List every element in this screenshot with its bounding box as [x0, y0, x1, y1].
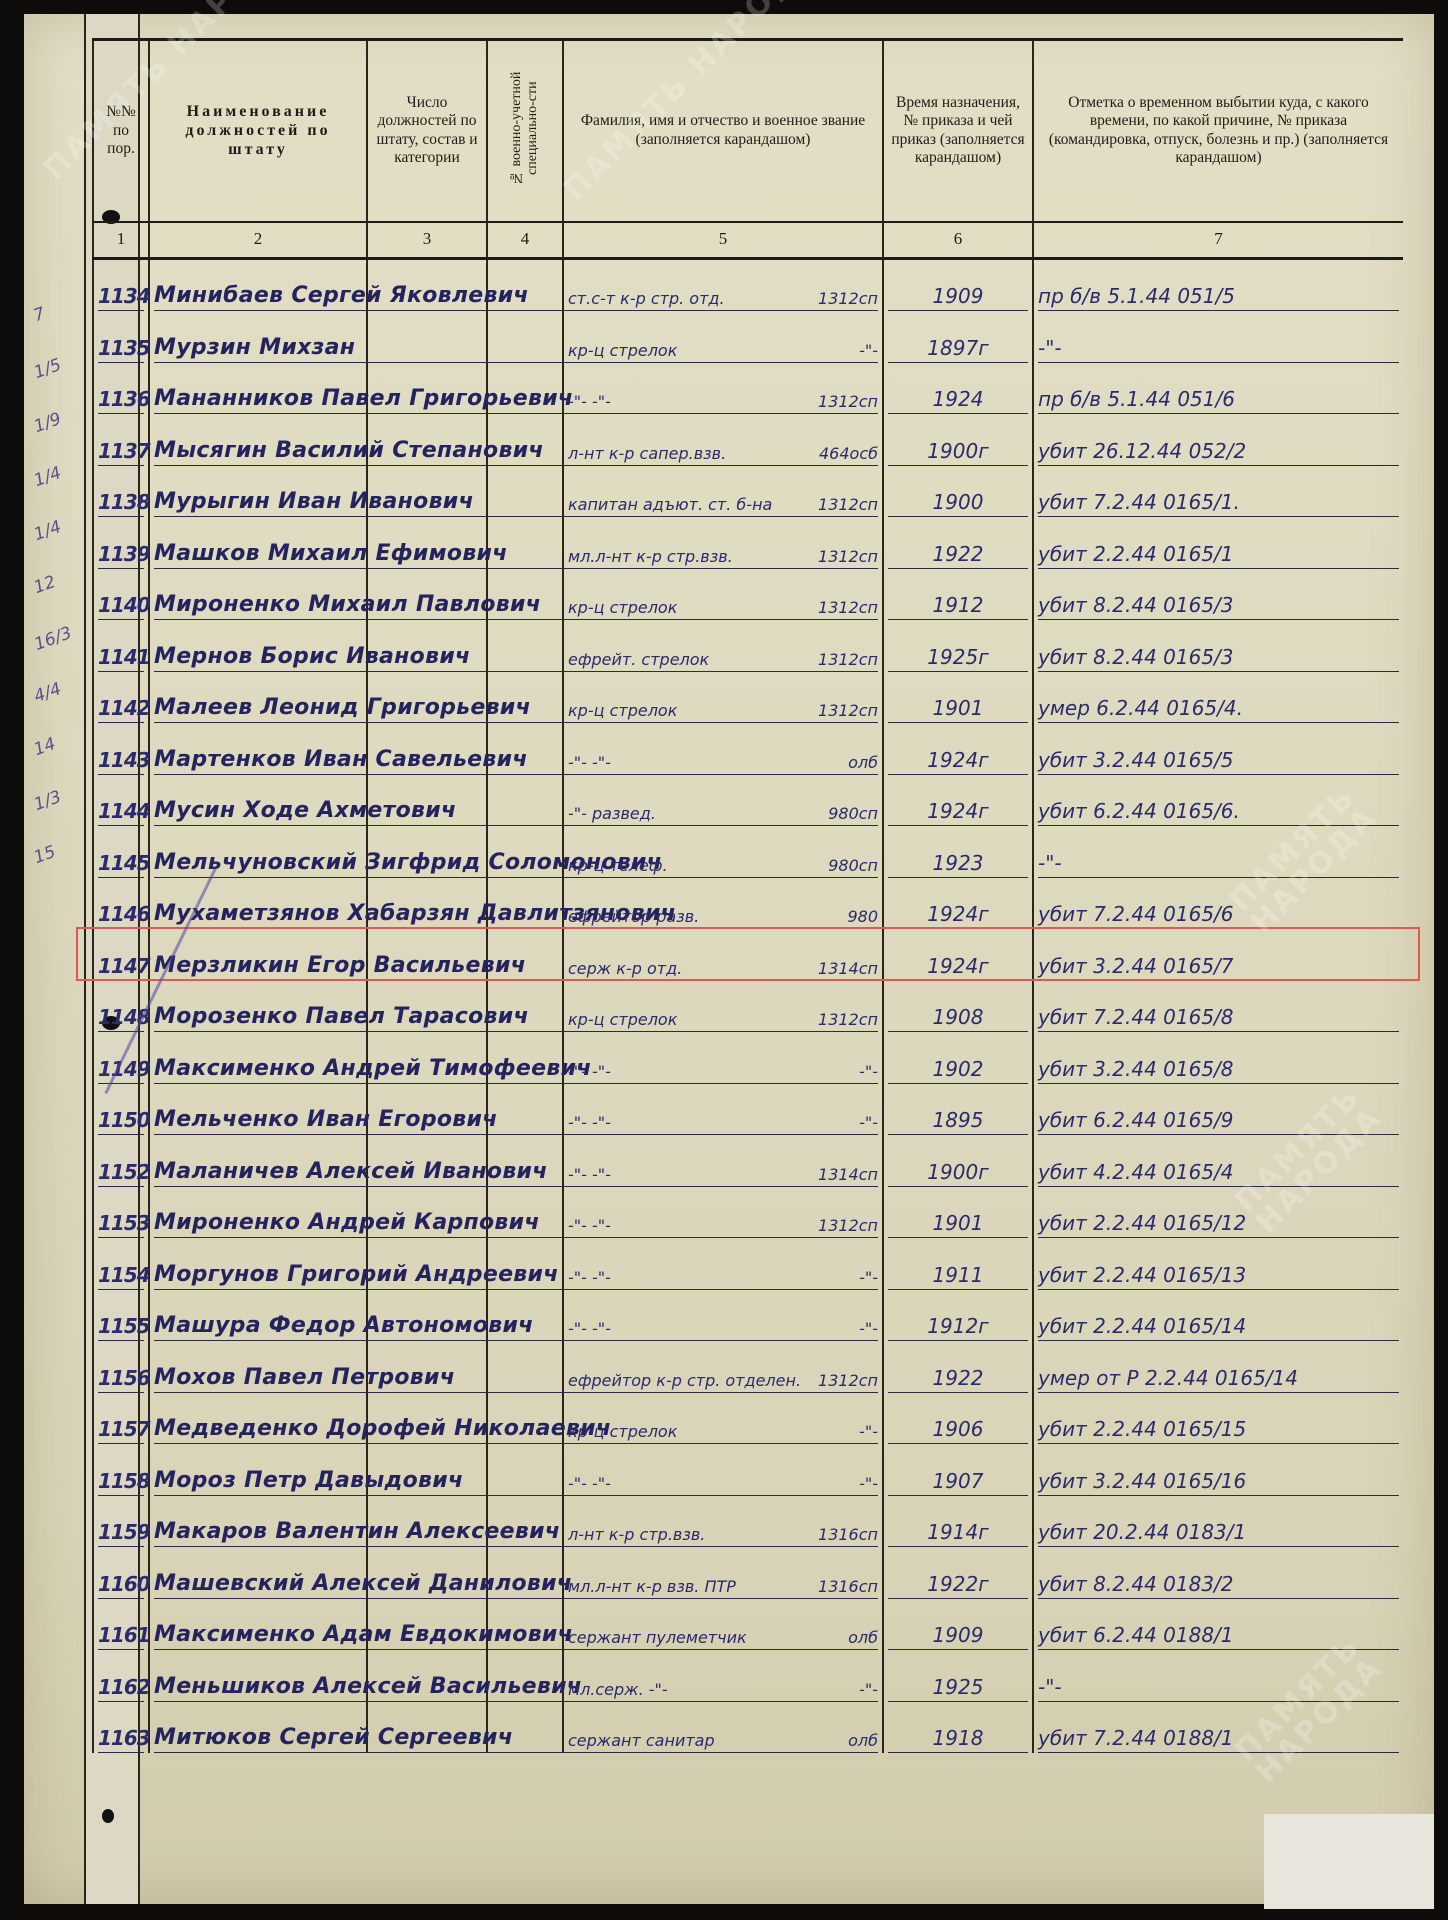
unit: 1312сп — [818, 1371, 878, 1390]
empty-cell — [367, 1290, 487, 1342]
table-row: 1157Медведенко Дорофей Николаевичкр-ц ст… — [93, 1393, 1403, 1445]
birth-year: 1912 — [883, 569, 1033, 621]
rank-role-cell: -"- -"-1312сп — [563, 1187, 883, 1239]
order-no: 1159 — [93, 1496, 149, 1548]
empty-cell — [487, 569, 563, 621]
rank-role: л-нт к-р сапер.взв. — [568, 444, 726, 463]
empty-cell — [487, 723, 563, 775]
rank-role-cell: сержант пулеметчиколб — [563, 1599, 883, 1651]
birth-year: 1909 — [883, 258, 1033, 311]
name-cell: Морозенко Павел Тарасович — [149, 981, 367, 1033]
table-row: 1135Мурзин Михзанкр-ц стрелок-"-1897г-"- — [93, 311, 1403, 363]
empty-cell — [367, 723, 487, 775]
name-cell: Машура Федор Автономович — [149, 1290, 367, 1342]
table-row: 1141Мернов Борис Ивановичефрейт. стрелок… — [93, 620, 1403, 672]
table-row: 1149Максименко Андрей Тимофеевич-"- -"--… — [93, 1032, 1403, 1084]
name-cell: Малеев Леонид Григорьевич — [149, 672, 367, 724]
table-row: 1162Меньшиков Алексей Васильевичмл.серж.… — [93, 1650, 1403, 1702]
rank-role-cell: мл.л-нт к-р взв. ПТР1316сп — [563, 1547, 883, 1599]
order-no: 1153 — [93, 1187, 149, 1239]
unit: 1312сп — [818, 650, 878, 669]
name-cell: Мусин Ходе Ахметович — [149, 775, 367, 827]
col-header-order-no: №№ по пор. — [93, 40, 149, 222]
unit: 1312сп — [818, 495, 878, 514]
empty-cell — [487, 1290, 563, 1342]
rank-role: -"- -"- — [568, 1319, 611, 1338]
unit: олб — [848, 1731, 878, 1750]
col-number: 2 — [149, 222, 367, 259]
absence-note: убит 8.2.44 0165/3 — [1033, 620, 1403, 672]
birth-year: 1908 — [883, 981, 1033, 1033]
empty-cell — [487, 620, 563, 672]
birth-year: 1900 — [883, 466, 1033, 518]
rank-role: сержант санитар — [568, 1731, 715, 1750]
order-no: 1134 — [93, 258, 149, 311]
rank-role-cell: кр-ц стрелок1312сп — [563, 569, 883, 621]
absence-note: умер от Р 2.2.44 0165/14 — [1033, 1341, 1403, 1393]
empty-cell — [487, 517, 563, 569]
name-cell: Мернов Борис Иванович — [149, 620, 367, 672]
rank-role: кр-ц стрелок — [568, 598, 677, 617]
birth-year: 1901 — [883, 1187, 1033, 1239]
name-cell: Маланичев Алексей Иванович — [149, 1135, 367, 1187]
unit: 1312сп — [818, 701, 878, 720]
rank-role: -"- -"- — [568, 1216, 611, 1235]
column-number-row: 1 2 3 4 5 6 7 — [93, 222, 1403, 259]
birth-year: 1924г — [883, 929, 1033, 981]
col-header-absence-note: Отметка о временном выбытии куда, с како… — [1033, 40, 1403, 222]
order-no: 1154 — [93, 1238, 149, 1290]
empty-cell — [487, 258, 563, 311]
rank-role: кр-ц телеф. — [568, 856, 668, 875]
order-no: 1136 — [93, 363, 149, 415]
unit: 1314сп — [818, 1165, 878, 1184]
table-row: 1152Маланичев Алексей Иванович-"- -"-131… — [93, 1135, 1403, 1187]
absence-note: -"- — [1033, 1650, 1403, 1702]
table-row: 1138Мурыгин Иван Ивановичкапитан адъют. … — [93, 466, 1403, 518]
rank-role-cell: ефрейт. стрелок1312сп — [563, 620, 883, 672]
col-number: 3 — [367, 222, 487, 259]
empty-cell — [487, 1393, 563, 1445]
empty-cell — [367, 1187, 487, 1239]
table-row: 1134Минибаев Сергей Яковлевичст.с-т к-р … — [93, 258, 1403, 311]
col-header-name-rank: Фамилия, имя и отчество и военное звание… — [563, 40, 883, 222]
rank-role-cell: л-нт к-р стр.взв.1316сп — [563, 1496, 883, 1548]
rank-role-cell: мл.серж. -"--"- — [563, 1650, 883, 1702]
birth-year: 1909 — [883, 1599, 1033, 1651]
rank-role-cell: кр-ц стрелок1312сп — [563, 981, 883, 1033]
unit: -"- — [859, 1474, 878, 1493]
name-cell: Мананников Павел Григорьевич — [149, 363, 367, 415]
rank-role-cell: л-нт к-р сапер.взв.464осб — [563, 414, 883, 466]
col-header-count: Число должностей по штату, состав и кате… — [367, 40, 487, 222]
unit: 980 — [847, 907, 878, 926]
table-row: 1150Мельченко Иван Егорович-"- -"--"-189… — [93, 1084, 1403, 1136]
order-no: 1143 — [93, 723, 149, 775]
rank-role-cell: -"- -"--"- — [563, 1238, 883, 1290]
birth-year: 1900г — [883, 1135, 1033, 1187]
absence-note: пр б/в 5.1.44 051/6 — [1033, 363, 1403, 415]
order-no: 1146 — [93, 878, 149, 930]
punch-hole — [102, 1809, 114, 1823]
unit: 1316сп — [818, 1577, 878, 1596]
absence-note: убит 6.2.44 0165/9 — [1033, 1084, 1403, 1136]
rank-role: кр-ц стрелок — [568, 1422, 677, 1441]
rank-role-cell: -"- -"-1312сп — [563, 363, 883, 415]
order-no: 1150 — [93, 1084, 149, 1136]
rank-role-cell: -"- -"--"- — [563, 1084, 883, 1136]
order-no: 1142 — [93, 672, 149, 724]
rank-role: серж к-р отд. — [568, 959, 682, 978]
order-no: 1138 — [93, 466, 149, 518]
rank-role-cell: серж к-р отд.1314сп — [563, 929, 883, 981]
empty-cell — [487, 981, 563, 1033]
empty-cell — [367, 929, 487, 981]
absence-note: убит 2.2.44 0165/1 — [1033, 517, 1403, 569]
birth-year: 1923 — [883, 826, 1033, 878]
name-cell: Мироненко Андрей Карпович — [149, 1187, 367, 1239]
empty-cell — [367, 1496, 487, 1548]
empty-cell — [487, 929, 563, 981]
rank-role: кр-ц стрелок — [568, 701, 677, 720]
rank-role-cell: -"- -"--"- — [563, 1444, 883, 1496]
table-row: 1144Мусин Ходе Ахметович-"- развед.980сп… — [93, 775, 1403, 827]
absence-note: убит 3.2.44 0165/16 — [1033, 1444, 1403, 1496]
rank-role: ефрейт. стрелок — [568, 650, 709, 669]
absence-note: убит 2.2.44 0165/14 — [1033, 1290, 1403, 1342]
absence-note: убит 4.2.44 0165/4 — [1033, 1135, 1403, 1187]
empty-cell — [367, 620, 487, 672]
empty-cell — [367, 1238, 487, 1290]
rank-role-cell: сержант санитаролб — [563, 1702, 883, 1754]
empty-cell — [487, 1135, 563, 1187]
unit: -"- — [859, 1268, 878, 1287]
rank-role-cell: -"- -"-олб — [563, 723, 883, 775]
rank-role: мл.л-нт к-р взв. ПТР — [568, 1577, 736, 1596]
empty-cell — [367, 1393, 487, 1445]
birth-year: 1900г — [883, 414, 1033, 466]
table-row: 1139Машков Михаил Ефимовичмл.л-нт к-р ст… — [93, 517, 1403, 569]
rank-role-cell: -"- -"--"- — [563, 1032, 883, 1084]
empty-cell — [487, 826, 563, 878]
absence-note: убит 8.2.44 0183/2 — [1033, 1547, 1403, 1599]
empty-cell — [487, 1702, 563, 1754]
empty-cell — [367, 981, 487, 1033]
empty-cell — [487, 311, 563, 363]
unit: -"- — [859, 1062, 878, 1081]
table-row: 1161Максименко Адам Евдокимовичсержант п… — [93, 1599, 1403, 1651]
unit: 1312сп — [818, 547, 878, 566]
rank-role: -"- развед. — [568, 804, 656, 823]
unit: 1312сп — [818, 1216, 878, 1235]
absence-note: убит 3.2.44 0165/7 — [1033, 929, 1403, 981]
name-cell: Машков Михаил Ефимович — [149, 517, 367, 569]
empty-cell — [367, 1032, 487, 1084]
name-cell: Мысягин Василий Степанович — [149, 414, 367, 466]
empty-cell — [487, 363, 563, 415]
unit: 1316сп — [818, 1525, 878, 1544]
rank-role: -"- -"- — [568, 1165, 611, 1184]
col-header-position: Наименование должностей по штату — [149, 40, 367, 222]
unit: 1312сп — [818, 392, 878, 411]
rank-role-cell: -"- -"--"- — [563, 1290, 883, 1342]
birth-year: 1925 — [883, 1650, 1033, 1702]
name-cell: Медведенко Дорофей Николаевич — [149, 1393, 367, 1445]
empty-cell — [487, 1547, 563, 1599]
table-row: 1146Мухаметзянов Хабарзян Давлитзяновиче… — [93, 878, 1403, 930]
order-no: 1147 — [93, 929, 149, 981]
table-row: 1148Морозенко Павел Тарасовичкр-ц стрело… — [93, 981, 1403, 1033]
absence-note: -"- — [1033, 826, 1403, 878]
rank-role-cell: -"- -"-1314сп — [563, 1135, 883, 1187]
empty-cell — [367, 1702, 487, 1754]
rank-role: кр-ц стрелок — [568, 1010, 677, 1029]
rank-role-cell: кр-ц стрелок1312сп — [563, 672, 883, 724]
col-number: 7 — [1033, 222, 1403, 259]
absence-note: убит 6.2.44 0165/6. — [1033, 775, 1403, 827]
empty-cell — [487, 1341, 563, 1393]
empty-cell — [487, 466, 563, 518]
name-cell: Мироненко Михаил Павлович — [149, 569, 367, 621]
empty-cell — [367, 1341, 487, 1393]
rank-role-cell: ефрейтор разв.980 — [563, 878, 883, 930]
unit: олб — [848, 753, 878, 772]
rank-role-cell: кр-ц стрелок-"- — [563, 311, 883, 363]
empty-cell — [367, 311, 487, 363]
empty-cell — [367, 569, 487, 621]
absence-note: убит 20.2.44 0183/1 — [1033, 1496, 1403, 1548]
absence-note: пр б/в 5.1.44 051/5 — [1033, 258, 1403, 311]
empty-cell — [487, 1187, 563, 1239]
rank-role: сержант пулеметчик — [568, 1628, 747, 1647]
absence-note: убит 7.2.44 0165/8 — [1033, 981, 1403, 1033]
name-cell: Максименко Адам Евдокимович — [149, 1599, 367, 1651]
unit: 1312сп — [818, 598, 878, 617]
rank-role-cell: капитан адъют. ст. б-на1312сп — [563, 466, 883, 518]
birth-year: 1924г — [883, 878, 1033, 930]
name-cell: Мельчуновский Зигфрид Соломонович — [149, 826, 367, 878]
name-cell: Мурзин Михзан — [149, 311, 367, 363]
name-cell: Машевский Алексей Данилович — [149, 1547, 367, 1599]
rank-role: -"- -"- — [568, 1474, 611, 1493]
rank-role: -"- -"- — [568, 753, 611, 772]
order-no: 1152 — [93, 1135, 149, 1187]
absence-note: убит 7.2.44 0165/6 — [1033, 878, 1403, 930]
table-row: 1160Машевский Алексей Даниловичмл.л-нт к… — [93, 1547, 1403, 1599]
table-row: 1137Мысягин Василий Степановичл-нт к-р с… — [93, 414, 1403, 466]
order-no: 1137 — [93, 414, 149, 466]
table-row: 1154Моргунов Григорий Андреевич-"- -"--"… — [93, 1238, 1403, 1290]
table-row: 1140Мироненко Михаил Павловичкр-ц стрело… — [93, 569, 1403, 621]
empty-cell — [487, 1650, 563, 1702]
name-cell: Минибаев Сергей Яковлевич — [149, 258, 367, 311]
register-table: №№ по пор. Наименование должностей по шт… — [92, 38, 1403, 1753]
absence-note: убит 3.2.44 0165/5 — [1033, 723, 1403, 775]
empty-cell — [487, 1238, 563, 1290]
birth-year: 1902 — [883, 1032, 1033, 1084]
rank-role-cell: мл.л-нт к-р стр.взв.1312сп — [563, 517, 883, 569]
rank-role: -"- -"- — [568, 1062, 611, 1081]
order-no: 1161 — [93, 1599, 149, 1651]
empty-cell — [367, 258, 487, 311]
empty-cell — [367, 1444, 487, 1496]
birth-year: 1911 — [883, 1238, 1033, 1290]
table-row: 1142Малеев Леонид Григорьевичкр-ц стрело… — [93, 672, 1403, 724]
torn-corner — [1264, 1814, 1434, 1909]
unit: -"- — [859, 1422, 878, 1441]
col-header-specialty: № военно-учетной специально-сти — [487, 40, 563, 222]
empty-cell — [367, 363, 487, 415]
empty-cell — [487, 1032, 563, 1084]
name-cell: Мельченко Иван Егорович — [149, 1084, 367, 1136]
birth-year: 1924г — [883, 723, 1033, 775]
empty-cell — [367, 1135, 487, 1187]
name-cell: Митюков Сергей Сергеевич — [149, 1702, 367, 1754]
unit: -"- — [859, 1680, 878, 1699]
rank-role-cell: -"- развед.980сп — [563, 775, 883, 827]
absence-note: умер 6.2.44 0165/4. — [1033, 672, 1403, 724]
empty-cell — [367, 1084, 487, 1136]
birth-year: 1922 — [883, 1341, 1033, 1393]
order-no: 1156 — [93, 1341, 149, 1393]
birth-year: 1901 — [883, 672, 1033, 724]
birth-year: 1918 — [883, 1702, 1033, 1754]
empty-cell — [367, 466, 487, 518]
birth-year: 1897г — [883, 311, 1033, 363]
absence-note: убит 3.2.44 0165/8 — [1033, 1032, 1403, 1084]
empty-cell — [487, 1444, 563, 1496]
table-row: 1147Мерзликин Егор Васильевичсерж к-р от… — [93, 929, 1403, 981]
table-row: 1163Митюков Сергей Сергеевичсержант сани… — [93, 1702, 1403, 1754]
empty-cell — [487, 878, 563, 930]
empty-cell — [367, 1599, 487, 1651]
name-cell: Мартенков Иван Савельевич — [149, 723, 367, 775]
name-cell: Меньшиков Алексей Васильевич — [149, 1650, 367, 1702]
unit: -"- — [859, 1319, 878, 1338]
col-number: 6 — [883, 222, 1033, 259]
unit: 1312сп — [818, 289, 878, 308]
birth-year: 1906 — [883, 1393, 1033, 1445]
order-no: 1160 — [93, 1547, 149, 1599]
order-no: 1140 — [93, 569, 149, 621]
absence-note: убит 6.2.44 0188/1 — [1033, 1599, 1403, 1651]
unit: 980сп — [828, 804, 878, 823]
absence-note: убит 8.2.44 0165/3 — [1033, 569, 1403, 621]
unit: 1312сп — [818, 1010, 878, 1029]
unit: 464осб — [819, 444, 878, 463]
table-row: 1156Мохов Павел Петровичефрейтор к-р стр… — [93, 1341, 1403, 1393]
order-no: 1163 — [93, 1702, 149, 1754]
order-no: 1155 — [93, 1290, 149, 1342]
absence-note: -"- — [1033, 311, 1403, 363]
birth-year: 1912г — [883, 1290, 1033, 1342]
birth-year: 1895 — [883, 1084, 1033, 1136]
name-cell: Моргунов Григорий Андреевич — [149, 1238, 367, 1290]
order-no: 1145 — [93, 826, 149, 878]
empty-cell — [487, 1496, 563, 1548]
rank-role: ефрейтор к-р стр. отделен. — [568, 1371, 801, 1390]
col-number: 5 — [563, 222, 883, 259]
header-row: №№ по пор. Наименование должностей по шт… — [93, 40, 1403, 222]
col-number: 4 — [487, 222, 563, 259]
rank-role: -"- -"- — [568, 392, 611, 411]
birth-year: 1914г — [883, 1496, 1033, 1548]
rank-role: ефрейтор разв. — [568, 907, 699, 926]
rank-role: л-нт к-р стр.взв. — [568, 1525, 705, 1544]
rank-role: мл.л-нт к-р стр.взв. — [568, 547, 733, 566]
order-no: 1157 — [93, 1393, 149, 1445]
empty-cell — [367, 517, 487, 569]
col-header-appointment: Время назначения, № приказа и чей приказ… — [883, 40, 1033, 222]
rank-role: ст.с-т к-р стр. отд. — [568, 289, 725, 308]
rank-role-cell: кр-ц телеф.980сп — [563, 826, 883, 878]
absence-note: убит 2.2.44 0165/12 — [1033, 1187, 1403, 1239]
absence-note: убит 26.12.44 052/2 — [1033, 414, 1403, 466]
order-no: 1141 — [93, 620, 149, 672]
table-row: 1158Мороз Петр Давыдович-"- -"--"-1907уб… — [93, 1444, 1403, 1496]
absence-note: убит 7.2.44 0165/1. — [1033, 466, 1403, 518]
name-cell: Макаров Валентин Алексеевич — [149, 1496, 367, 1548]
table-row: 1153Мироненко Андрей Карпович-"- -"-1312… — [93, 1187, 1403, 1239]
order-no: 1135 — [93, 311, 149, 363]
empty-cell — [367, 672, 487, 724]
rank-role: кр-ц стрелок — [568, 341, 677, 360]
absence-note: убит 7.2.44 0188/1 — [1033, 1702, 1403, 1754]
rank-role: мл.серж. -"- — [568, 1680, 668, 1699]
table-row: 1155Машура Федор Автономович-"- -"--"-19… — [93, 1290, 1403, 1342]
empty-cell — [487, 672, 563, 724]
empty-cell — [487, 775, 563, 827]
empty-cell — [367, 878, 487, 930]
left-margin-column — [24, 14, 86, 1904]
table-row: 1145Мельчуновский Зигфрид Соломоновичкр-… — [93, 826, 1403, 878]
empty-cell — [487, 414, 563, 466]
birth-year: 1922г — [883, 1547, 1033, 1599]
order-no: 1144 — [93, 775, 149, 827]
order-no: 1158 — [93, 1444, 149, 1496]
order-no: 1162 — [93, 1650, 149, 1702]
order-no: 1139 — [93, 517, 149, 569]
unit: 1314сп — [818, 959, 878, 978]
empty-cell — [487, 1084, 563, 1136]
empty-cell — [367, 1547, 487, 1599]
name-cell: Максименко Андрей Тимофеевич — [149, 1032, 367, 1084]
birth-year: 1922 — [883, 517, 1033, 569]
name-cell: Мохов Павел Петрович — [149, 1341, 367, 1393]
table-row: 1143Мартенков Иван Савельевич-"- -"-олб1… — [93, 723, 1403, 775]
rank-role: -"- -"- — [568, 1268, 611, 1287]
birth-year: 1925г — [883, 620, 1033, 672]
empty-cell — [367, 826, 487, 878]
table-row: 1159Макаров Валентин Алексеевичл-нт к-р … — [93, 1496, 1403, 1548]
empty-cell — [487, 1599, 563, 1651]
empty-cell — [367, 1650, 487, 1702]
rank-role-cell: кр-ц стрелок-"- — [563, 1393, 883, 1445]
birth-year: 1924 — [883, 363, 1033, 415]
unit: 980сп — [828, 856, 878, 875]
birth-year: 1924г — [883, 775, 1033, 827]
unit: олб — [848, 1628, 878, 1647]
name-cell: Мороз Петр Давыдович — [149, 1444, 367, 1496]
name-cell: Мухаметзянов Хабарзян Давлитзянович — [149, 878, 367, 930]
absence-note: убит 2.2.44 0165/13 — [1033, 1238, 1403, 1290]
rank-role-cell: ст.с-т к-р стр. отд.1312сп — [563, 258, 883, 311]
name-cell: Мурыгин Иван Иванович — [149, 466, 367, 518]
unit: -"- — [859, 341, 878, 360]
unit: -"- — [859, 1113, 878, 1132]
birth-year: 1907 — [883, 1444, 1033, 1496]
rank-role: капитан адъют. ст. б-на — [568, 495, 772, 514]
